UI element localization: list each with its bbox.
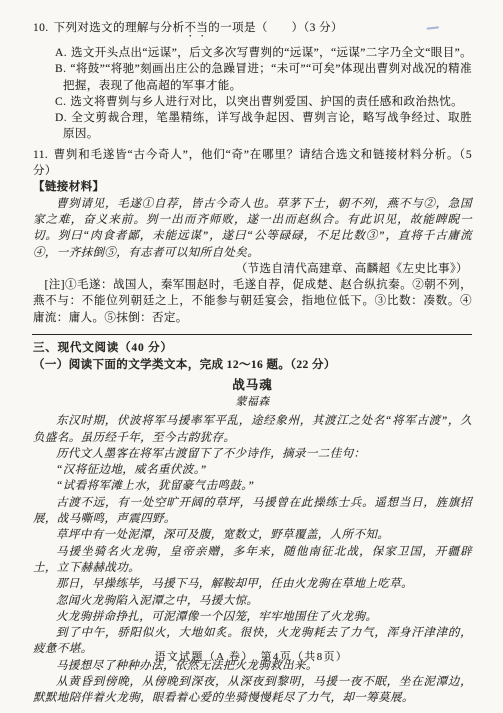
option-d-text: 全文剪裁合理，笔墨精练，详写战争起因、曹刿言论，略写战争经过、取胜原因。 [63, 112, 472, 140]
essay-title: 战马魂 [33, 377, 472, 393]
exam-paper-page: 10.下列对选文的理解与分析不当的一项是（ ）（3 分） A.选文开头点出“远谋… [0, 0, 503, 713]
essay-author: 蒙福森 [33, 394, 472, 410]
linked-material-passage: 曹刿请见，毛遂①自荐，皆古今奇人也。草茅下士，朝不列，燕不与②，急国家之难，奋义… [33, 196, 472, 261]
question-10-stem-post: 的一项是（ ）（3 分） [208, 22, 343, 34]
essay-paragraph: “汉将征边地，威名重伏波。” [33, 462, 472, 478]
page-footer: 语文试题（A 卷） 第4页（共8页） [0, 649, 503, 665]
option-a: A.选文开头点出“远谋”，后文多次写曹刿的“远谋”，“远谋”二字乃全文“眼目”。 [63, 45, 472, 61]
section-divider [32, 334, 472, 335]
question-10-stem-pre: 下列对选文的理解与分析 [54, 22, 185, 34]
option-d: D.全文剪裁合理，笔墨精练，详写战争起因、曹刿言论，略写战争经过、取胜原因。 [63, 110, 472, 143]
option-c: C.选文将曹刿与乡人进行对比，以突出曹刿爱国、护国的责任感和政治热忱。 [63, 94, 472, 110]
essay-paragraph: 从黄昏到傍晚，从傍晚到深夜，从深夜到黎明，马援一夜不眠，坐在泥潭边，默默地陪伴着… [33, 674, 472, 707]
question-10-number: 10. [33, 22, 49, 34]
question-11-text: 曹刿和毛遂皆“古今奇人”，他们“奇”在哪里？请结合选文和链接材料分析。（5 分） [33, 149, 472, 177]
essay-paragraph: 忽闻火龙驹陷入泥潭之中，马援大惊。 [33, 593, 472, 609]
question-10-stem-emphasis: 不当 [184, 22, 208, 34]
linked-material-notes: [注]①毛遂：战国人，秦军围赵时，毛遂自荐，促成楚、赵合纵抗秦。②朝不列，燕不与… [33, 277, 472, 326]
section-3-heading: 三、现代文阅读（40 分） [33, 340, 472, 356]
essay-paragraph: 古渡不远，有一处空旷开阔的草坪，马援曾在此操练士兵。遥想当日，旌旗招展，战马嘶鸣… [33, 495, 472, 528]
essay-paragraph: “试看将军滩上水，犹留豪气击鸣鼓。” [33, 478, 472, 494]
question-10-stem: 10.下列对选文的理解与分析不当的一项是（ ）（3 分） [33, 20, 472, 40]
linked-material-source: （节选自清代高建章、高麟超《左史比事》） [33, 261, 472, 277]
option-b: B.“将鼓”“将驰”刻画出庄公的急躁冒进；“未可”“可矣”体现出曹刿对战况的精准… [63, 61, 472, 94]
option-a-label: A. [55, 47, 67, 59]
essay-paragraph: 东汉时期，伏波将军马援率军平乱，途经象州，其渡江之处名“将军古渡”，久负盛名。虽… [33, 413, 472, 446]
option-d-label: D. [55, 112, 67, 124]
option-a-text: 选文开头点出“远谋”，后文多次写曹刿的“远谋”，“远谋”二字乃全文“眼目”。 [71, 47, 472, 59]
essay-paragraph: 草坪中有一处泥潭，深可及腹，宽数丈，野草覆盖，人所不知。 [33, 527, 472, 543]
option-b-text: “将鼓”“将驰”刻画出庄公的急躁冒进；“未可”“可矣”体现出曹刿对战况的精准把握… [63, 63, 472, 91]
option-b-label: B. [55, 63, 66, 75]
option-c-label: C. [55, 96, 66, 108]
option-c-text: 选文将曹刿与乡人进行对比，以突出曹刿爱国、护国的责任感和政治热忱。 [70, 96, 463, 108]
section-3-subheading: （一）阅读下面的文学类文本，完成 12～16 题。（22 分） [33, 357, 472, 373]
essay-paragraph: 火龙驹拼命挣扎，可泥潭像一个囚笼，牢牢地围住了火龙驹。 [33, 609, 472, 625]
question-11: 11.曹刿和毛遂皆“古今奇人”，他们“奇”在哪里？请结合选文和链接材料分析。（5… [33, 147, 472, 180]
linked-material-heading: 【链接材料】 [33, 179, 472, 195]
question-11-number: 11. [33, 149, 48, 161]
essay-paragraph: 马援坐骑名火龙驹，皇帝亲赠，多年来，随他南征北战，保家卫国，开疆辟土，立下赫赫战… [33, 544, 472, 577]
pen-mark [427, 26, 440, 33]
essay-paragraph: 那日，早操练毕，马援下马，解鞍却甲，任由火龙驹在草地上吃草。 [33, 576, 472, 592]
essay-paragraph: 历代文人墨客在将军古渡留下了不少诗作，摘录一二佳句： [33, 446, 472, 462]
